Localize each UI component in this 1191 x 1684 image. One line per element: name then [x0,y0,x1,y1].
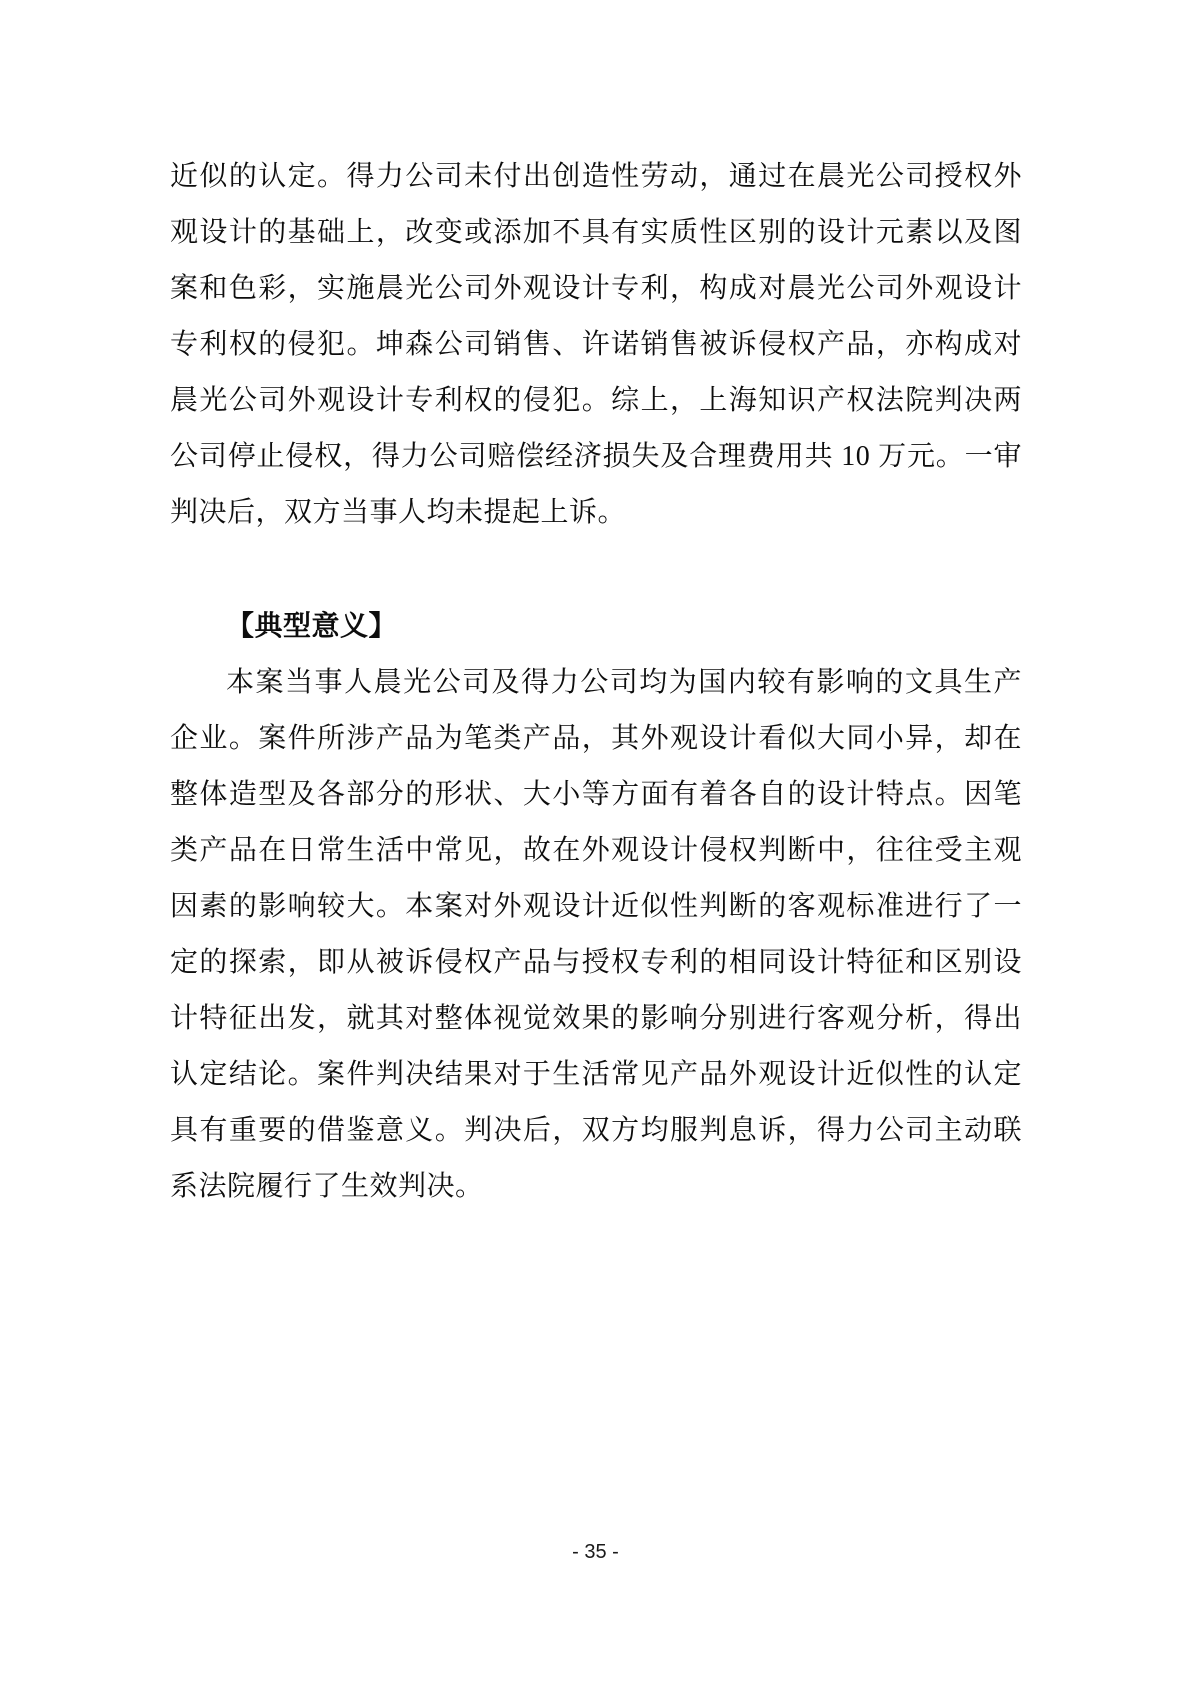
page-body: 近似的认定。得力公司未付出创造性劳动，通过在晨光公司授权外观设计的基础上，改变或… [170,149,1022,1215]
section-heading-typical-significance: 【典型意义】 [170,599,1022,655]
page-number: - 35 - [0,1540,1191,1564]
document-page: 近似的认定。得力公司未付出创造性劳动，通过在晨光公司授权外观设计的基础上，改变或… [0,0,1191,1684]
typical-significance-paragraph: 本案当事人晨光公司及得力公司均为国内较有影响的文具生产企业。案件所涉产品为笔类产… [170,655,1022,1215]
judgment-continuation-paragraph: 近似的认定。得力公司未付出创造性劳动，通过在晨光公司授权外观设计的基础上，改变或… [170,149,1022,541]
